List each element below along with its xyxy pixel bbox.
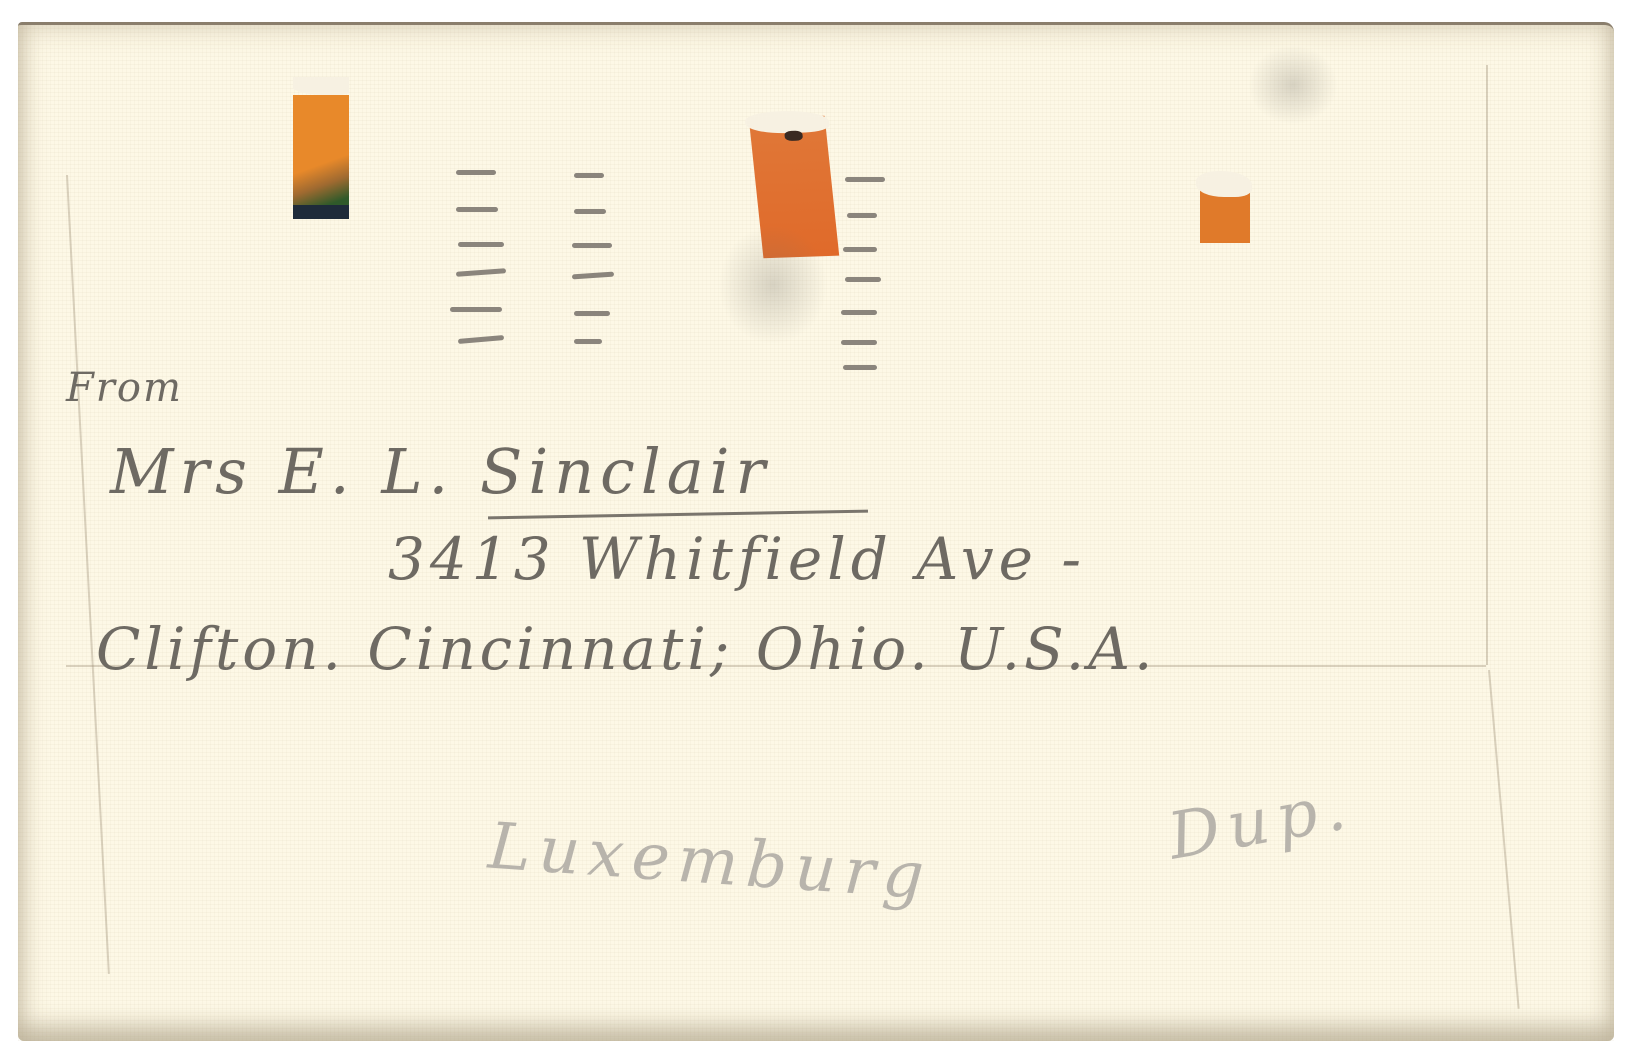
pencil-note-dup: Dup. (1163, 769, 1359, 874)
flap-fold-left (66, 175, 110, 974)
postmark-smudge (1248, 45, 1338, 125)
return-address-prefix: From (66, 365, 183, 411)
stamp-fragment-right (1200, 175, 1250, 243)
return-address-street: 3413 Whitfield Ave - (388, 525, 1086, 593)
envelope: From Mrs E. L. Sinclair 3413 Whitfield A… (18, 22, 1614, 1041)
postmark-smudge (718, 225, 828, 345)
stamp-fragment-left (293, 77, 349, 219)
pencil-note-country: Luxemburg (486, 810, 934, 915)
name-underline (488, 510, 868, 520)
flap-fold-right-lower (1488, 670, 1520, 1009)
flap-fold-right (1486, 65, 1488, 665)
return-address-city: Clifton. Cincinnati; Ohio. U.S.A. (96, 615, 1156, 683)
return-address-name: Mrs E. L. Sinclair (110, 435, 771, 508)
